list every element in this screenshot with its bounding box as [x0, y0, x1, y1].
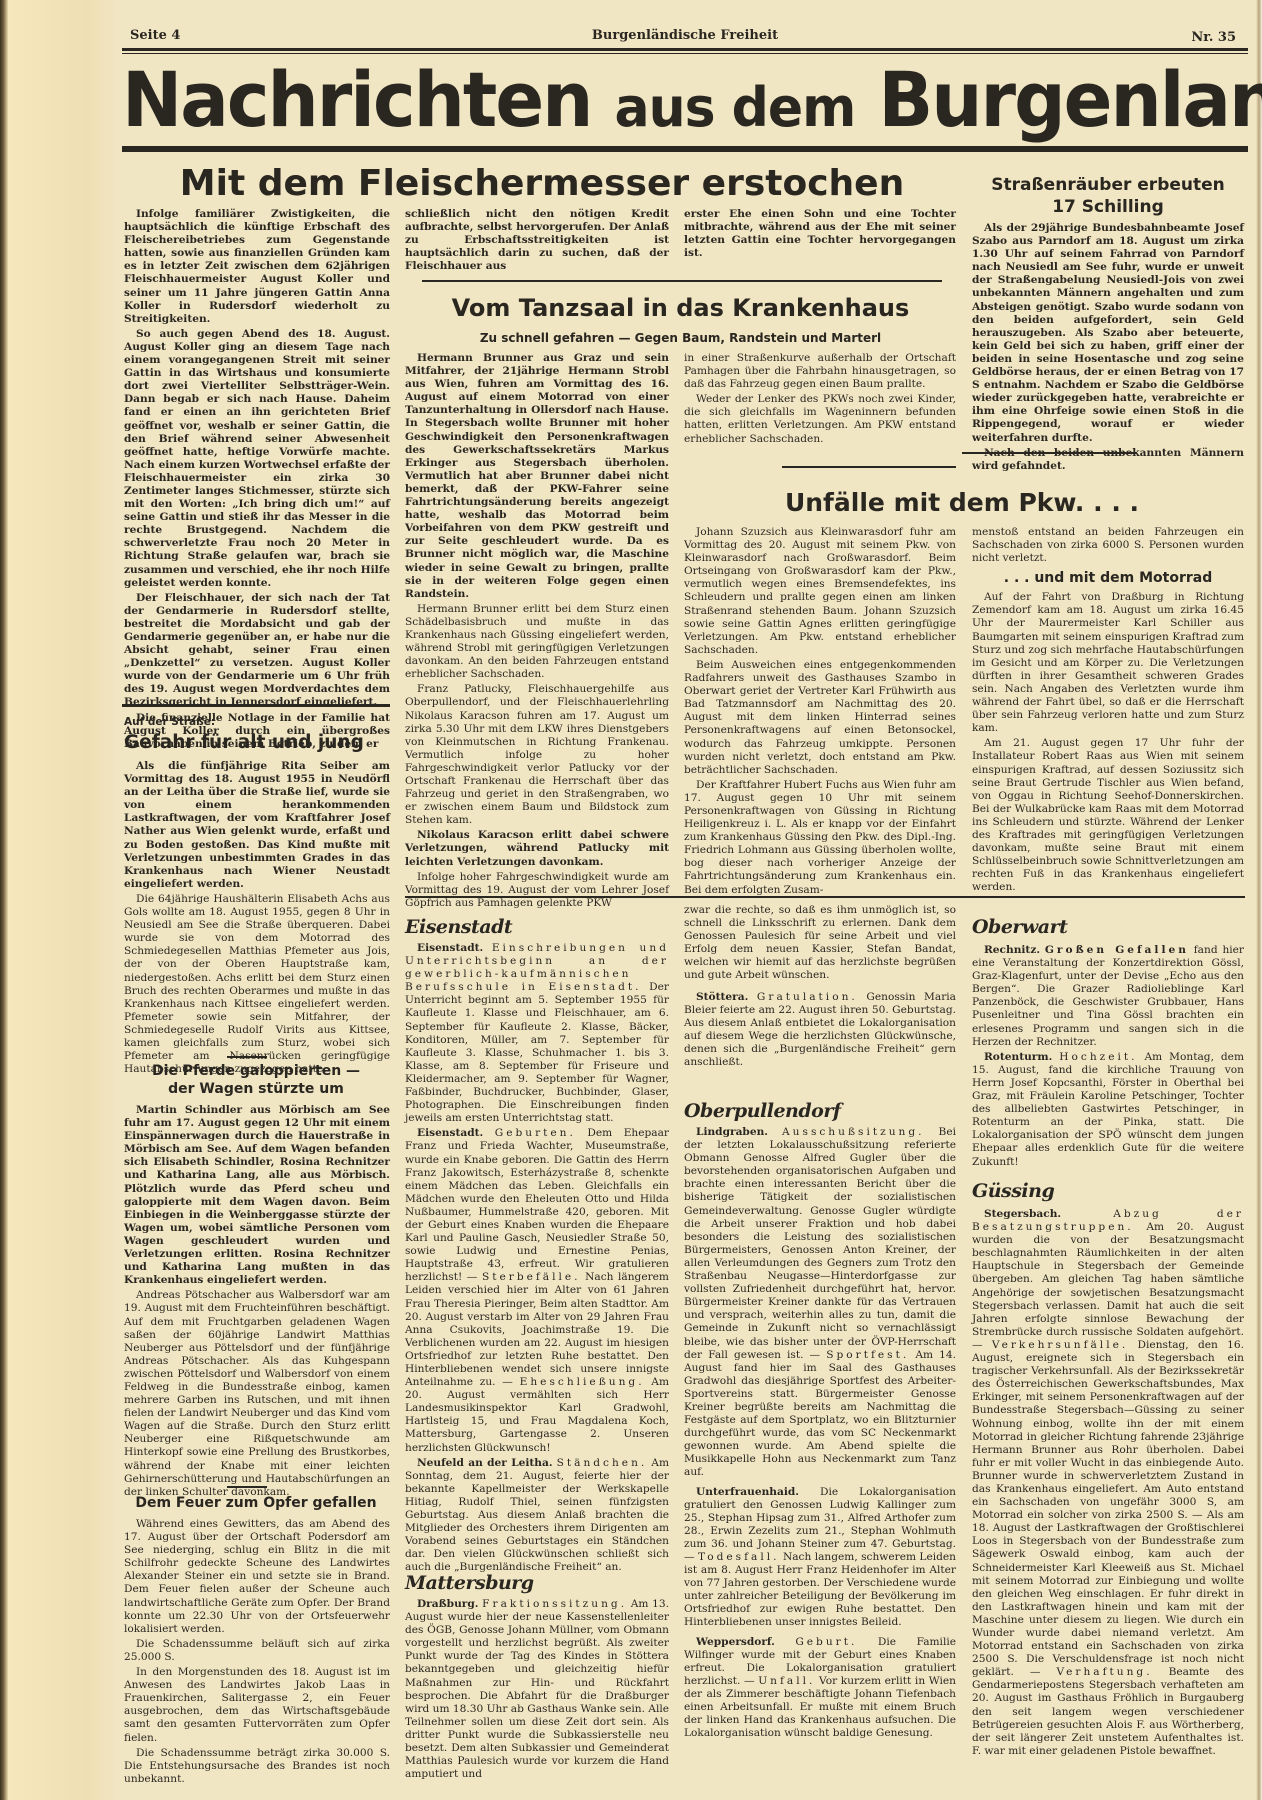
headline-oberpullendorf: Oberpullendorf: [684, 1100, 841, 1122]
issue-number: Nr. 35: [1191, 30, 1236, 45]
paragraph: In den Morgenstunden des 18. August ist …: [124, 1666, 390, 1745]
topic: Fraktionssitzung.: [482, 1598, 627, 1610]
paragraph: Andreas Pötschacher aus Walbersdorf war …: [124, 1289, 390, 1499]
article-tanzsaal-col2: in einer Straßenkurve außerhalb der Orts…: [684, 352, 956, 448]
section-rule: [405, 896, 1245, 898]
article-fleischermesser-col2: schließlich nicht den nötigen Kredit auf…: [405, 208, 669, 275]
place-name: Eisenstadt.: [417, 1127, 483, 1139]
subheadline-motorrad: . . . und mit dem Motorrad: [972, 567, 1244, 589]
headline-eisenstadt: Eisenstadt: [405, 916, 512, 938]
topic: Großen Gefallen: [1045, 944, 1189, 956]
headline-strassenraeuber: Straßenräuber erbeuten 17 Schilling: [970, 174, 1246, 218]
page-header: Seite 4 Burgenländische Freiheit Nr. 35: [122, 28, 1248, 46]
headline-line: Die Pferde galoppierten —: [122, 1062, 390, 1080]
newspaper-page: Seite 4 Burgenländische Freiheit Nr. 35 …: [122, 0, 1248, 1800]
paragraph: Infolge hoher Fahrgeschwindigkeit wurde …: [405, 871, 669, 910]
masthead-word-3: Burgenland: [878, 56, 1262, 144]
article-strassenraeuber: Als der 29jährige Bundesbahnbeamte Josef…: [972, 222, 1244, 475]
article-mattersburg: Draßburg. Fraktionssitzung. Am 13. Augus…: [405, 1598, 669, 1783]
topic: Sportfest.: [826, 1349, 909, 1361]
text: Dem Ehepaar Franz und Frieda Wachter, Mu…: [405, 1127, 669, 1283]
topic: Hochzeit.: [1059, 1051, 1137, 1063]
headline-unfaelle: Unfälle mit dem Pkw. . . .: [682, 486, 1242, 520]
topic: Geburt.: [795, 1636, 857, 1648]
paragraph: menstoß entstand an beiden Fahrzeugen ei…: [972, 526, 1244, 565]
place-name: Rechnitz.: [984, 944, 1040, 956]
paragraph: Als der 29jährige Bundesbahnbeamte Josef…: [972, 222, 1244, 445]
text: Nach längerem Leiden verschied hier im A…: [405, 1271, 669, 1388]
place-name: Rotenturm.: [984, 1051, 1052, 1063]
subheadline-tanzsaal: Zu schnell gefahren — Gegen Baum, Randst…: [405, 330, 956, 346]
text: Bei der letzten Lokalausschußsitzung ref…: [684, 1126, 956, 1361]
paragraph: Der Fleischhauer, der sich nach der Tat …: [124, 592, 390, 710]
column-rule: [782, 466, 956, 468]
newspaper-name: Burgenländische Freiheit: [122, 28, 1248, 43]
article-guessing: Stegersbach. Abzug der Besatzungstruppen…: [972, 1208, 1244, 1760]
paragraph: Während eines Gewitters, das am Abend de…: [124, 1518, 390, 1636]
article-gefahr: Als die fünfjährige Rita Seiber am Vormi…: [124, 760, 390, 1078]
topic: Geburten.: [495, 1127, 576, 1139]
text: Am 20. August wurden die von der Besatzu…: [972, 1221, 1244, 1351]
headline-tanzsaal: Vom Tanzsaal in das Krankenhaus: [405, 292, 956, 324]
place-name: Draßburg.: [417, 1598, 478, 1610]
text: Der Unterricht beginnt am 5. September 1…: [405, 981, 669, 1124]
topic: Todesfall.: [698, 1551, 780, 1563]
text: fand hier eine Veranstaltung der Konzert…: [972, 944, 1244, 1048]
topic: Gratulation.: [757, 991, 858, 1003]
paragraph: So auch gegen Abend des 18. August. Augu…: [124, 328, 390, 590]
paragraph: Beim Ausweichen eines entgegenkommenden …: [684, 659, 956, 777]
paragraph: Nach den beiden unbekannten Männern wird…: [972, 447, 1244, 473]
text: Am 14. August fand hier im Saal des Gast…: [684, 1349, 956, 1479]
place-name: Lindgraben.: [696, 1126, 768, 1138]
masthead-word-2: aus dem: [615, 77, 856, 140]
article-tanzsaal-col1: Hermann Brunner aus Graz und sein Mitfah…: [405, 352, 669, 912]
headline-feuer: Dem Feuer zum Opfer gefallen: [122, 1494, 390, 1512]
header-rule: [122, 48, 1248, 51]
column-rule: [962, 452, 1137, 454]
text: Dienstag, den 16. August, ereignete sich…: [972, 1339, 1244, 1678]
headline-gefahr: Gefahr für alt und jung: [124, 732, 364, 753]
paragraph: Die Schadenssumme beträgt zirka 30.000 S…: [124, 1747, 390, 1786]
paragraph: Am 21. August gegen 17 Uhr fuhr der Inst…: [972, 737, 1244, 894]
paragraph: Infolge familiärer Zwistigkeiten, die ha…: [124, 208, 390, 326]
masthead-rule: [122, 146, 1248, 152]
article-mattersburg-cont: zwar die rechte, so daß es ihm unmöglich…: [684, 904, 956, 1071]
section-divider: [227, 1486, 267, 1488]
text: Am 13. August wurde hier der neue Kassen…: [405, 1598, 669, 1780]
paragraph: Martin Schindler aus Mörbisch am See fuh…: [124, 1104, 390, 1287]
paper-right-edge: [1256, 0, 1262, 1800]
headline-fleischermesser: Mit dem Fleischermesser erstochen: [122, 160, 962, 208]
article-feuer: Während eines Gewitters, das am Abend de…: [124, 1518, 390, 1788]
article-oberpullendorf: Lindgraben. Ausschußsitzung. Bei der let…: [684, 1126, 956, 1742]
paragraph: Nikolaus Karacson erlitt dabei schwere V…: [405, 829, 669, 868]
text: Am Sonntag, dem 21. August, feierte hier…: [405, 1457, 669, 1574]
article-eisenstadt: Eisenstadt. Einschreibungen und Unterric…: [405, 942, 669, 1577]
text: Beamte des Gendarmeriepostens Stegersbac…: [972, 1666, 1244, 1757]
paragraph: Der Kraftfahrer Hubert Fuchs aus Wien fu…: [684, 779, 956, 897]
paper-margin: [8, 0, 120, 1800]
masthead: Nachrichten aus dem Burgenland: [122, 56, 1248, 153]
place-name: Eisenstadt.: [417, 942, 483, 954]
paragraph: Weder der Lenker des PKWs noch zwei Kind…: [684, 393, 956, 445]
paragraph: Die Schadenssumme beläuft sich auf zirka…: [124, 1638, 390, 1664]
topic: Sterbefälle.: [482, 1271, 581, 1283]
article-unfaelle-col1: Johann Szuzsich aus Kleinwarasdorf fuhr …: [684, 526, 956, 899]
paragraph: Johann Szuzsich aus Kleinwarasdorf fuhr …: [684, 526, 956, 657]
topic: Verhaftung.: [1056, 1666, 1152, 1678]
column-rule: [422, 280, 942, 282]
paragraph: zwar die rechte, so daß es ihm unmöglich…: [684, 904, 956, 983]
topic: Unfall.: [758, 1675, 815, 1687]
paragraph: Als die fünfjährige Rita Seiber am Vormi…: [124, 760, 390, 891]
headline-pferde: Die Pferde galoppierten — der Wagen stür…: [122, 1062, 390, 1098]
paragraph: Die 64jährige Haushälterin Elisabeth Ach…: [124, 893, 390, 1076]
headline-oberwart: Oberwart: [972, 916, 1067, 938]
topic: Eheschließung.: [520, 1376, 645, 1388]
place-name: Stegersbach.: [984, 1208, 1061, 1220]
article-fleischermesser-col1: Infolge familiärer Zwistigkeiten, die ha…: [124, 208, 390, 753]
article-unfaelle-col2: menstoß entstand an beiden Fahrzeugen ei…: [972, 526, 1244, 896]
place-name: Neufeld an der Leitha.: [417, 1457, 553, 1469]
place-name: Weppersdorf.: [696, 1636, 775, 1648]
headline-line: Straßenräuber erbeuten: [970, 174, 1246, 196]
paragraph: Franz Patlucky, Fleischhauergehilfe aus …: [405, 683, 669, 827]
article-pferde: Martin Schindler aus Mörbisch am See fuh…: [124, 1104, 390, 1501]
headline-line: der Wagen stürzte um: [122, 1080, 390, 1098]
place-name: Unterfrauenhaid.: [696, 1486, 799, 1498]
paragraph: schließlich nicht den nötigen Kredit auf…: [405, 208, 669, 273]
section-rule: [122, 704, 390, 707]
paragraph: Hermann Brunner aus Graz und sein Mitfah…: [405, 352, 669, 601]
headline-line: 17 Schilling: [970, 196, 1246, 218]
topic: Verkehrsunfälle.: [992, 1339, 1128, 1351]
paper-binding-edge: [0, 0, 8, 1800]
paragraph: Hermann Brunner erlitt bei dem Sturz ein…: [405, 603, 669, 682]
place-name: Stöttera.: [696, 991, 748, 1003]
kicker-auf-der-strasse: Auf der Straße:: [124, 716, 215, 728]
masthead-word-1: Nachrichten: [122, 56, 591, 144]
article-fleischermesser-col3: erster Ehe einen Sohn und eine Tochter m…: [684, 208, 956, 262]
headline-guessing: Güssing: [972, 1180, 1054, 1202]
headline-mattersburg: Mattersburg: [405, 1572, 534, 1594]
article-oberwart: Rechnitz. Großen Gefallen fand hier eine…: [972, 944, 1244, 1171]
paragraph: erster Ehe einen Sohn und eine Tochter m…: [684, 208, 956, 260]
text: Am Montag, dem 15. August, fand die kirc…: [972, 1051, 1244, 1168]
section-divider: [227, 1056, 267, 1058]
paragraph: Auf der Fahrt von Draßburg in Richtung Z…: [972, 591, 1244, 735]
topic: Ständchen.: [557, 1457, 648, 1469]
header-rule-thin: [122, 53, 1248, 54]
topic: Ausschußsitzung.: [782, 1126, 924, 1138]
paragraph: in einer Straßenkurve außerhalb der Orts…: [684, 352, 956, 391]
